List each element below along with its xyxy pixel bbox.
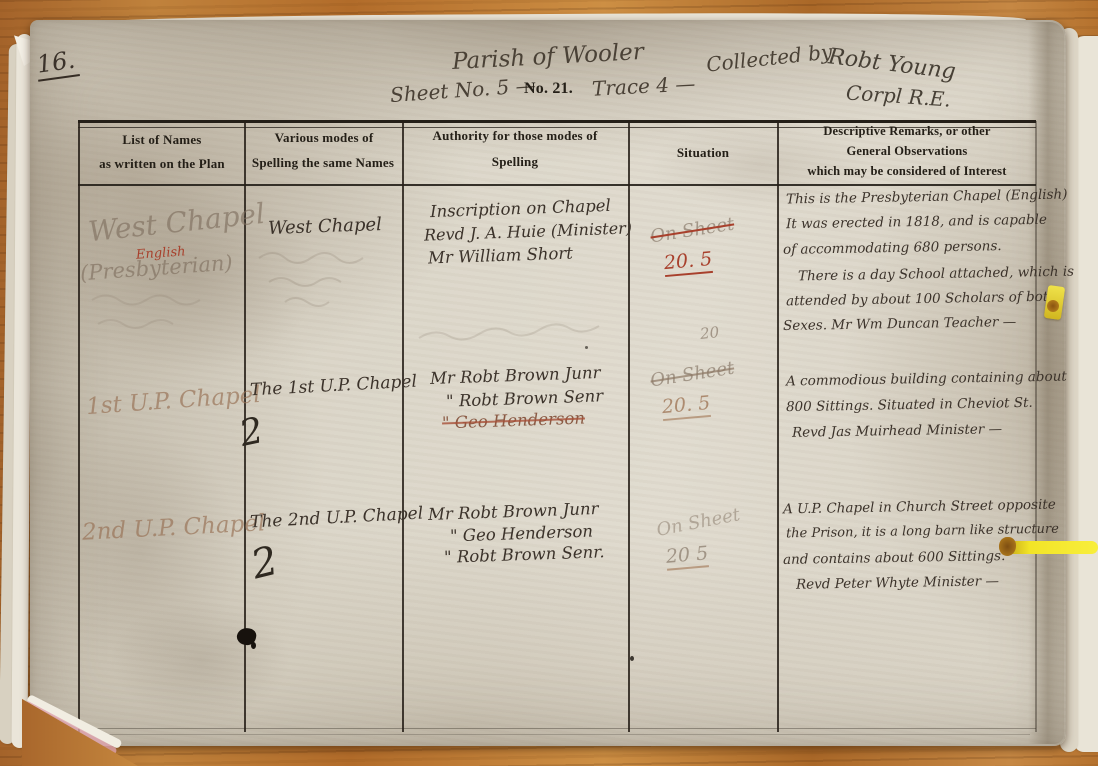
col-header-names-2: as written on the Plan	[83, 156, 241, 172]
ink-speck	[251, 642, 256, 649]
col-header-names-1: List of Names	[88, 132, 236, 148]
faint-pencil-scrawl	[415, 322, 620, 348]
column-rule-3	[628, 121, 630, 732]
table-left-rule	[78, 121, 80, 732]
ink-speck	[585, 346, 588, 349]
entry-situation-sheet-ref: 20 5	[665, 542, 709, 571]
entry-mode-west-chapel: West Chapel	[268, 214, 383, 239]
entry-situation-sheet-ref: 20. 5	[663, 248, 713, 277]
column-rule-2	[402, 121, 404, 732]
header-separator-rule	[78, 184, 1036, 186]
column-rule-4	[777, 121, 779, 732]
erased-pencil-ghost	[88, 288, 238, 340]
table-top-rule	[78, 120, 1036, 123]
col-header-authority-2: Spelling	[415, 154, 615, 170]
yellow-tab-marker-blob	[1047, 300, 1059, 312]
ink-speck	[630, 656, 634, 661]
col-header-situation: Situation	[640, 145, 766, 161]
table-bottom-rule	[94, 728, 1036, 729]
col-header-remarks-3: which may be considered of Interest	[785, 164, 1029, 179]
page-number: 16.	[34, 45, 80, 82]
photographed-register-page: 16. Parish of Wooler Sheet No. 5 — No. 2…	[0, 0, 1098, 766]
col-header-remarks-1: Descriptive Remarks, or other	[790, 124, 1024, 139]
col-header-modes-2: Spelling the same Names	[248, 155, 398, 171]
col-header-modes-1: Various modes of	[252, 130, 396, 146]
faint-situation-note: 20	[699, 323, 720, 343]
erased-pencil-ghost	[255, 244, 385, 314]
entry-situation-sheet-ref: 20. 5	[661, 392, 711, 421]
col-header-remarks-2: General Observations	[790, 144, 1024, 159]
col-header-authority-1: Authority for those modes of	[415, 128, 615, 144]
table-bottom-rule-thin	[100, 734, 1030, 735]
header-printed-number: No. 21.	[524, 80, 573, 98]
